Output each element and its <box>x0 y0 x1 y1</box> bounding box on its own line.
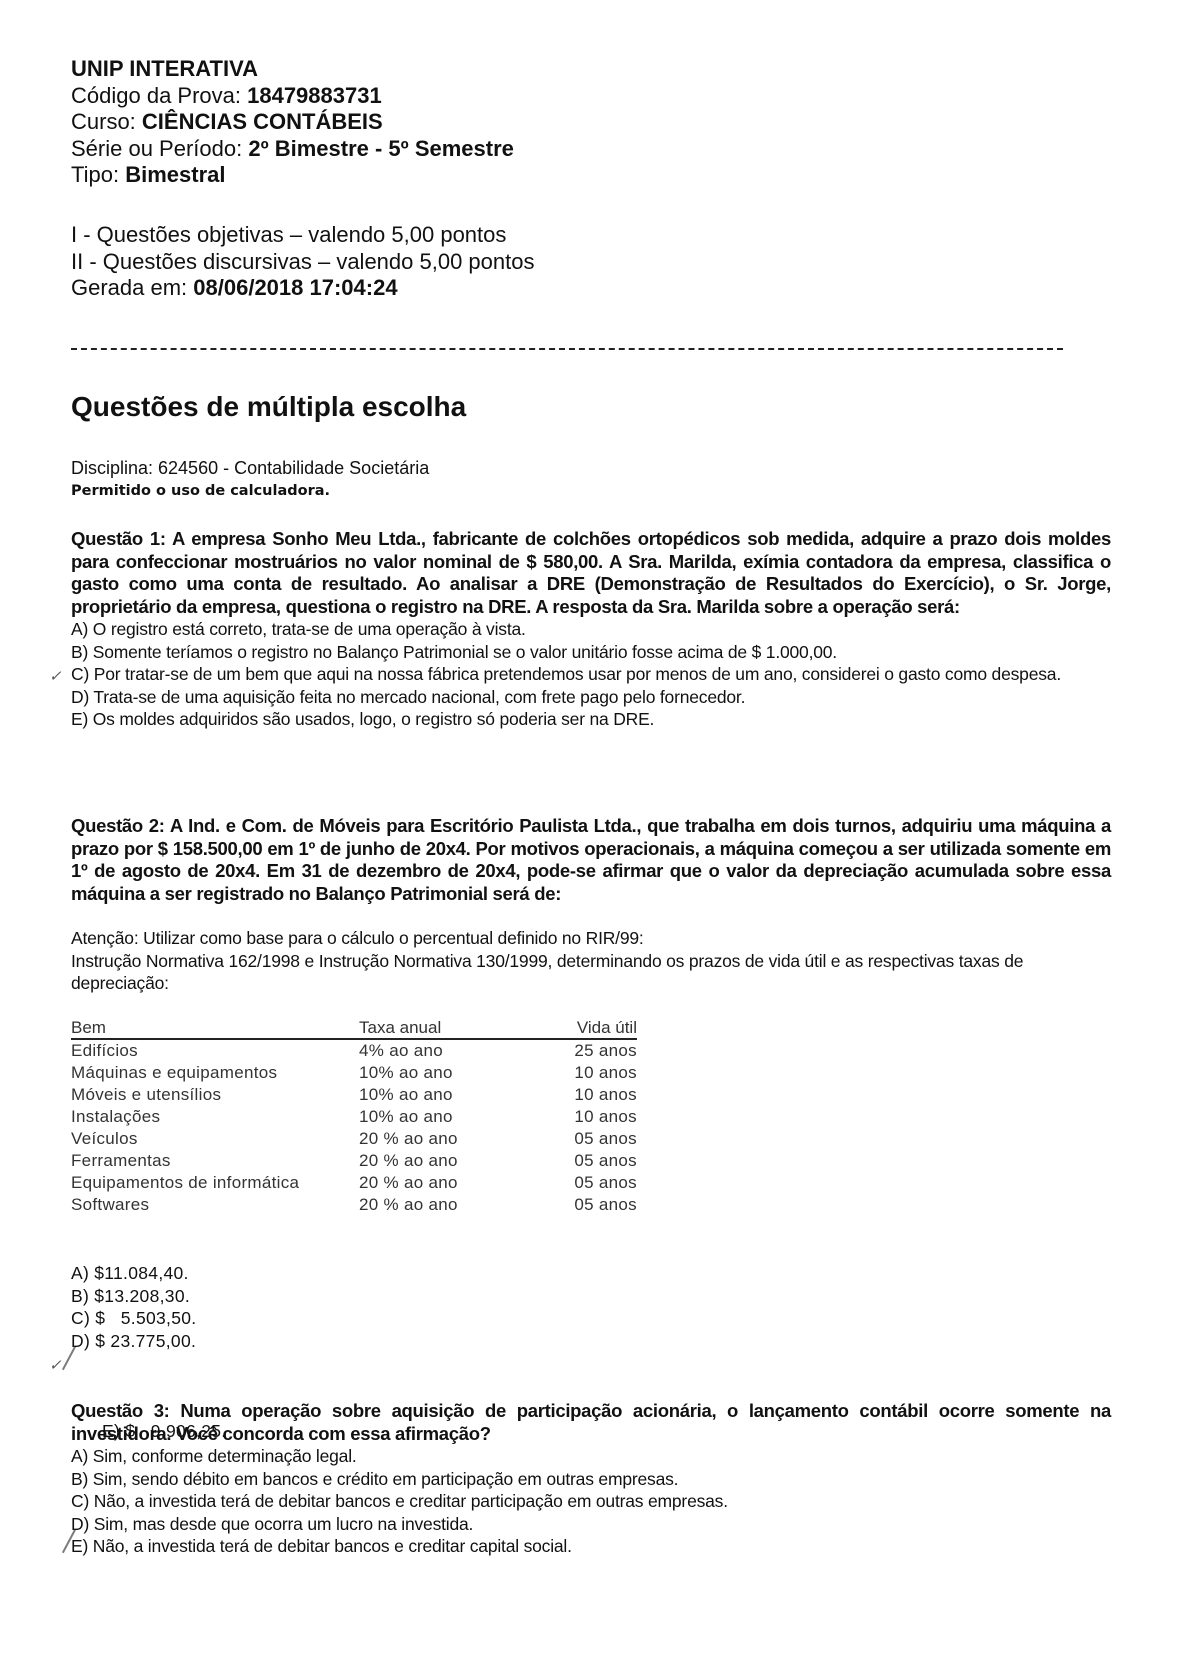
check-mark-icon: ✓ <box>49 665 61 688</box>
rate-cell: 10% ao ano <box>359 1084 569 1106</box>
useful-life-cell: 10 anos <box>569 1084 637 1106</box>
col-header-taxa: Taxa anual <box>359 1017 569 1039</box>
table-row: Equipamentos de informática20 % ao ano05… <box>71 1172 637 1194</box>
type-label: Tipo: <box>71 162 125 187</box>
scoring-info: I - Questões objetivas – valendo 5,00 po… <box>71 222 534 302</box>
check-mark-icon: ✓ <box>49 1354 62 1377</box>
q1-option-c: ✓ C) Por tratar-se de um bem que aqui na… <box>71 663 1111 686</box>
discursive-scoring: II - Questões discursivas – valendo 5,00… <box>71 249 534 276</box>
useful-life-cell: 10 anos <box>569 1062 637 1084</box>
table-header-row: Bem Taxa anual Vida útil <box>71 1017 637 1039</box>
table-row: Edifícios4% ao ano25 anos <box>71 1039 637 1062</box>
question-3-text: Questão 3: Numa operação sobre aquisição… <box>71 1400 1111 1445</box>
type-line: Tipo: Bimestral <box>71 162 514 189</box>
q3-option-e: E) Não, a investida terá de debitar banc… <box>71 1535 1111 1558</box>
asset-cell: Veículos <box>71 1128 359 1150</box>
course-line: Curso: CIÊNCIAS CONTÁBEIS <box>71 109 514 136</box>
asset-cell: Máquinas e equipamentos <box>71 1062 359 1084</box>
useful-life-cell: 05 anos <box>569 1172 637 1194</box>
rate-cell: 10% ao ano <box>359 1106 569 1128</box>
question-2-text: Questão 2: A Ind. e Com. de Móveis para … <box>71 815 1111 905</box>
period-label: Série ou Período: <box>71 136 248 161</box>
generated-line: Gerada em: 08/06/2018 17:04:24 <box>71 275 534 302</box>
table-row: Móveis e utensílios10% ao ano10 anos <box>71 1084 637 1106</box>
q2-attention-note: Atenção: Utilizar como base para o cálcu… <box>71 927 1111 950</box>
asset-cell: Móveis e utensílios <box>71 1084 359 1106</box>
q2-option-d: D) $ 23.775,00. <box>71 1330 226 1353</box>
generated-timestamp: 08/06/2018 17:04:24 <box>193 275 397 300</box>
question-2: Questão 2: A Ind. e Com. de Móveis para … <box>71 815 1111 995</box>
q1-option-c-text: C) Por tratar-se de um bem que aqui na n… <box>71 664 1061 684</box>
question-1: Questão 1: A empresa Sonho Meu Ltda., fa… <box>71 528 1111 731</box>
q3-option-c: C) Não, a investida terá de debitar banc… <box>71 1490 1111 1513</box>
q3-option-d: D) Sim, mas desde que ocorra um lucro na… <box>71 1513 1111 1536</box>
discipline-line: Disciplina: 624560 - Contabilidade Socie… <box>71 458 429 479</box>
period-line: Série ou Período: 2º Bimestre - 5º Semes… <box>71 136 514 163</box>
table-row: Veículos20 % ao ano05 anos <box>71 1128 637 1150</box>
col-header-bem: Bem <box>71 1017 359 1039</box>
exam-code-label: Código da Prova: <box>71 83 247 108</box>
q3-option-b: B) Sim, sendo débito em bancos e crédito… <box>71 1468 1111 1491</box>
useful-life-cell: 05 anos <box>569 1194 637 1216</box>
rate-cell: 10% ao ano <box>359 1062 569 1084</box>
period-value: 2º Bimestre - 5º Semestre <box>248 136 514 161</box>
objective-scoring: I - Questões objetivas – valendo 5,00 po… <box>71 222 534 249</box>
asset-cell: Ferramentas <box>71 1150 359 1172</box>
exam-code: 18479883731 <box>247 83 382 108</box>
type-value: Bimestral <box>125 162 225 187</box>
exam-code-line: Código da Prova: 18479883731 <box>71 83 514 110</box>
table-row: Softwares20 % ao ano05 anos <box>71 1194 637 1216</box>
useful-life-cell: 05 anos <box>569 1150 637 1172</box>
rate-cell: 20 % ao ano <box>359 1194 569 1216</box>
useful-life-cell: 25 anos <box>569 1039 637 1062</box>
question-3: Questão 3: Numa operação sobre aquisição… <box>71 1400 1111 1558</box>
q3-option-e-text: E) Não, a investida terá de debitar banc… <box>71 1536 572 1556</box>
table-row: Ferramentas20 % ao ano05 anos <box>71 1150 637 1172</box>
institution-name: UNIP INTERATIVA <box>71 56 514 83</box>
asset-cell: Equipamentos de informática <box>71 1172 359 1194</box>
q2-option-a: A) $11.084,40. <box>71 1262 226 1285</box>
rate-cell: 20 % ao ano <box>359 1128 569 1150</box>
asset-cell: Instalações <box>71 1106 359 1128</box>
q2-option-c: C) $ 5.503,50. <box>71 1307 226 1330</box>
q1-option-e: E) Os moldes adquiridos são usados, logo… <box>71 708 1111 731</box>
exam-page: UNIP INTERATIVA Código da Prova: 1847988… <box>0 0 1189 1680</box>
q1-option-d: D) Trata-se de uma aquisição feita no me… <box>71 686 1111 709</box>
course-name: CIÊNCIAS CONTÁBEIS <box>142 109 383 134</box>
question-1-text: Questão 1: A empresa Sonho Meu Ltda., fa… <box>71 528 1111 618</box>
asset-cell: Softwares <box>71 1194 359 1216</box>
course-label: Curso: <box>71 109 142 134</box>
q1-option-b: B) Somente teríamos o registro no Balanç… <box>71 641 1111 664</box>
section-title: Questões de múltipla escolha <box>71 391 466 423</box>
table-body: Edifícios4% ao ano25 anosMáquinas e equi… <box>71 1039 637 1216</box>
rate-cell: 4% ao ano <box>359 1039 569 1062</box>
q1-option-a: A) O registro está correto, trata-se de … <box>71 618 1111 641</box>
table-row: Máquinas e equipamentos10% ao ano10 anos <box>71 1062 637 1084</box>
q3-option-a: A) Sim, conforme determinação legal. <box>71 1445 1111 1468</box>
exam-header: UNIP INTERATIVA Código da Prova: 1847988… <box>71 56 514 189</box>
generated-label: Gerada em: <box>71 275 193 300</box>
q2-option-b: B) $13.208,30. <box>71 1285 226 1308</box>
depreciation-table: Bem Taxa anual Vida útil Edifícios4% ao … <box>71 1017 637 1216</box>
rate-cell: 20 % ao ano <box>359 1150 569 1172</box>
q2-normative-note: Instrução Normativa 162/1998 e Instrução… <box>71 950 1111 995</box>
table-row: Instalações10% ao ano10 anos <box>71 1106 637 1128</box>
calculator-note: Permitido o uso de calculadora. <box>71 483 330 499</box>
useful-life-cell: 10 anos <box>569 1106 637 1128</box>
useful-life-cell: 05 anos <box>569 1128 637 1150</box>
dashed-divider <box>71 348 1063 350</box>
rate-cell: 20 % ao ano <box>359 1172 569 1194</box>
asset-cell: Edifícios <box>71 1039 359 1062</box>
col-header-vida: Vida útil <box>569 1017 637 1039</box>
